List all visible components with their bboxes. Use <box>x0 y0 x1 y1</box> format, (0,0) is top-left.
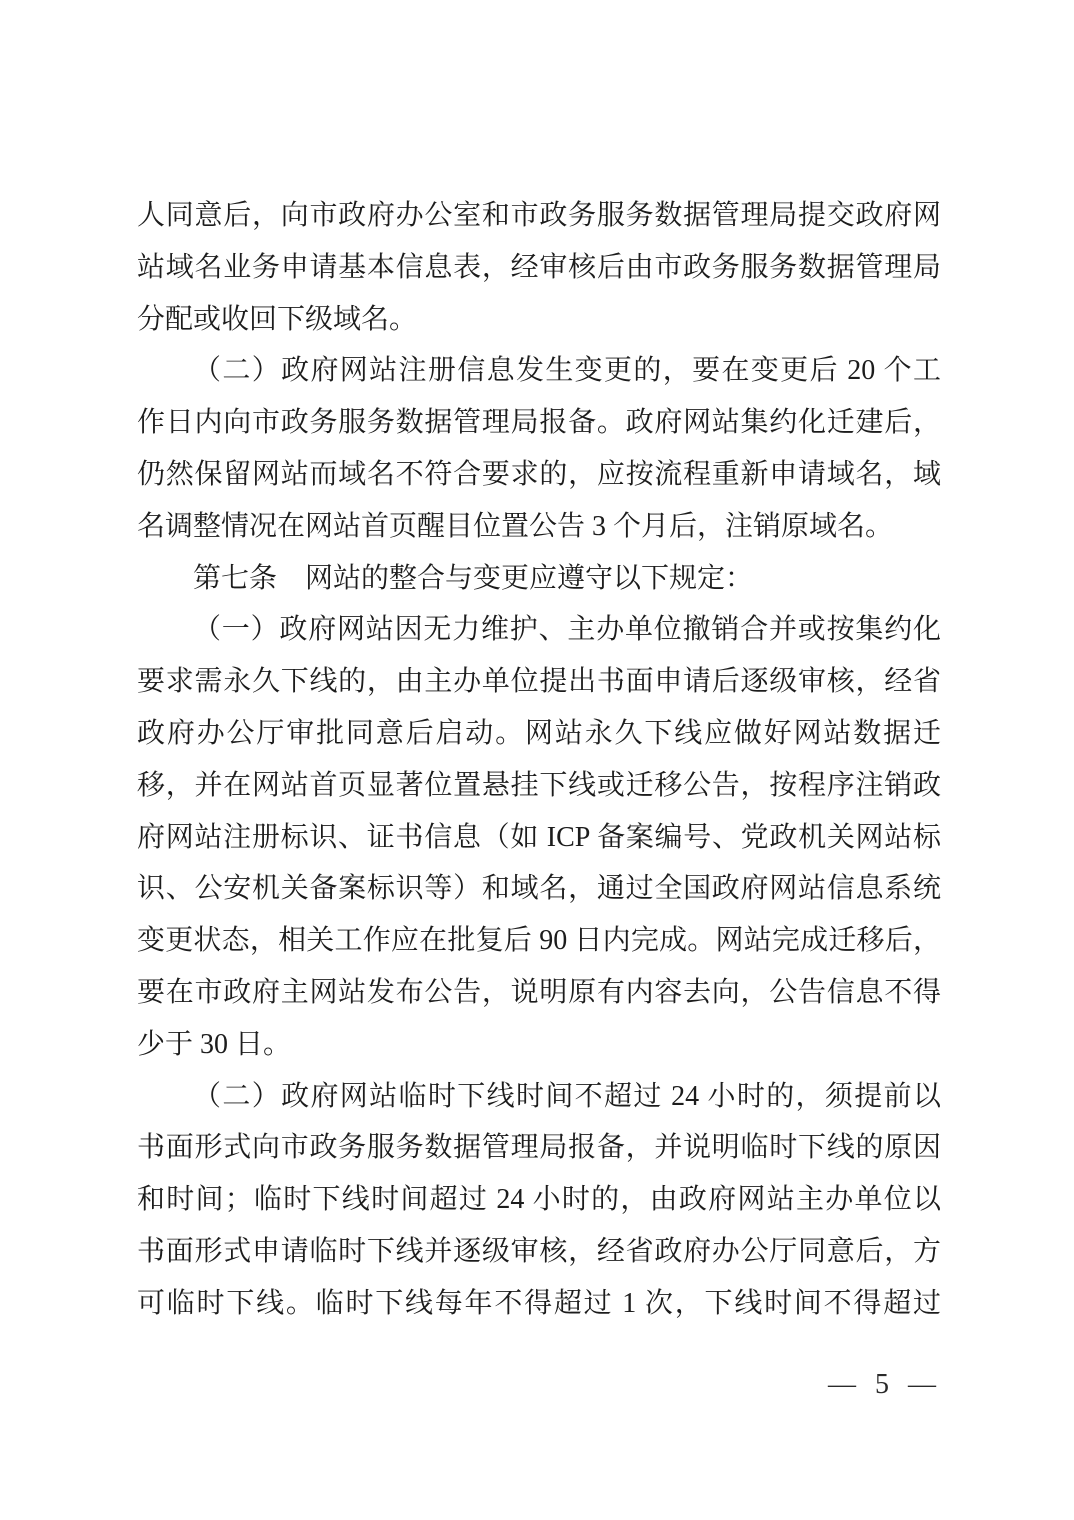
body-text-line: 政府办公厅审批同意后启动。网站永久下线应做好网站数据迁 <box>137 708 941 760</box>
body-text-line: （二）政府网站注册信息发生变更的，要在变更后 20 个工 <box>137 345 941 397</box>
body-text-block: 人同意后，向市政府办公室和市政务服务数据管理局提交政府网 站域名业务申请基本信息… <box>137 190 941 1330</box>
body-text-line: 可临时下线。临时下线每年不得超过 1 次，下线时间不得超过 <box>137 1278 941 1330</box>
document-page: 人同意后，向市政府办公室和市政务服务数据管理局提交政府网 站域名业务申请基本信息… <box>0 0 1074 1520</box>
body-text-line: 少于 30 日。 <box>137 1019 941 1071</box>
body-text-line: 仍然保留网站而域名不符合要求的，应按流程重新申请域名，域 <box>137 449 941 501</box>
body-text-line: 名调整情况在网站首页醒目位置公告 3 个月后，注销原域名。 <box>137 501 941 553</box>
body-text-line: 作日内向市政务服务数据管理局报备。政府网站集约化迁建后， <box>137 397 941 449</box>
body-text-line: 府网站注册标识、证书信息（如 ICP 备案编号、党政机关网站标 <box>137 812 941 864</box>
body-text-line: 书面形式申请临时下线并逐级审核，经省政府办公厅同意后，方 <box>137 1226 941 1278</box>
body-text-line: 站域名业务申请基本信息表，经审核后由市政务服务数据管理局 <box>137 242 941 294</box>
body-text-line: （二）政府网站临时下线时间不超过 24 小时的，须提前以 <box>137 1071 941 1123</box>
body-text-line: 要在市政府主网站发布公告，说明原有内容去向，公告信息不得 <box>137 967 941 1019</box>
body-text-line: 移，并在网站首页显著位置悬挂下线或迁移公告，按程序注销政 <box>137 760 941 812</box>
body-text-line: （一）政府网站因无力维护、主办单位撤销合并或按集约化 <box>137 604 941 656</box>
body-text-line: 分配或收回下级域名。 <box>137 294 941 346</box>
body-text-line: 人同意后，向市政府办公室和市政务服务数据管理局提交政府网 <box>137 190 941 242</box>
body-text-line: 书面形式向市政务服务数据管理局报备，并说明临时下线的原因 <box>137 1122 941 1174</box>
article-heading-line: 第七条 网站的整合与变更应遵守以下规定： <box>137 553 941 605</box>
body-text-line: 要求需永久下线的，由主办单位提出书面申请后逐级审核，经省 <box>137 656 941 708</box>
body-text-line: 变更状态，相关工作应在批复后 90 日内完成。网站完成迁移后， <box>137 915 941 967</box>
page-number: — 5 — <box>828 1363 938 1407</box>
body-text-line: 识、公安机关备案标识等）和域名，通过全国政府网站信息系统 <box>137 863 941 915</box>
body-text-line: 和时间；临时下线时间超过 24 小时的，由政府网站主办单位以 <box>137 1174 941 1226</box>
